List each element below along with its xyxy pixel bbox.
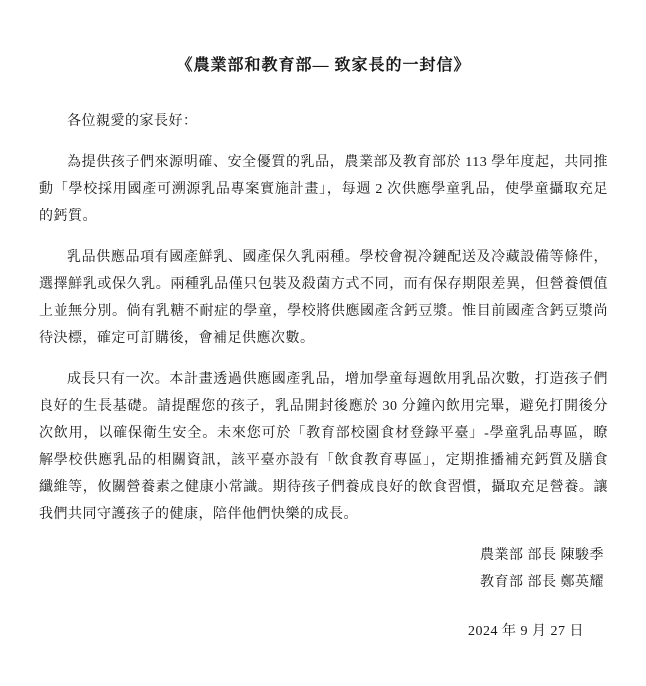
letter-paragraph-1: 為提供孩子們來源明確、安全優質的乳品，農業部及教育部於 113 學年度起，共同推… [39, 149, 608, 230]
letter-title: 《農業部和教育部— 致家長的一封信》 [39, 54, 608, 78]
signature-block: 農業部 部長 陳駿季 教育部 部長 鄭英耀 [39, 542, 608, 596]
letter-page: 《農業部和教育部— 致家長的一封信》 各位親愛的家長好： 為提供孩子們來源明確、… [0, 0, 646, 686]
letter-greeting: 各位親愛的家長好： [39, 108, 608, 135]
signature-education-minister: 教育部 部長 鄭英耀 [39, 569, 604, 596]
letter-paragraph-2: 乳品供應品項有國產鮮乳、國產保久乳兩種。學校會視冷鏈配送及冷藏設備等條件，選擇鮮… [39, 244, 608, 352]
letter-date: 2024 年 9 月 27 日 [39, 618, 608, 645]
letter-paragraph-3: 成長只有一次。本計畫透過供應國產乳品，增加學童每週飲用乳品次數，打造孩子們良好的… [39, 366, 608, 528]
signature-agriculture-minister: 農業部 部長 陳駿季 [39, 542, 604, 569]
